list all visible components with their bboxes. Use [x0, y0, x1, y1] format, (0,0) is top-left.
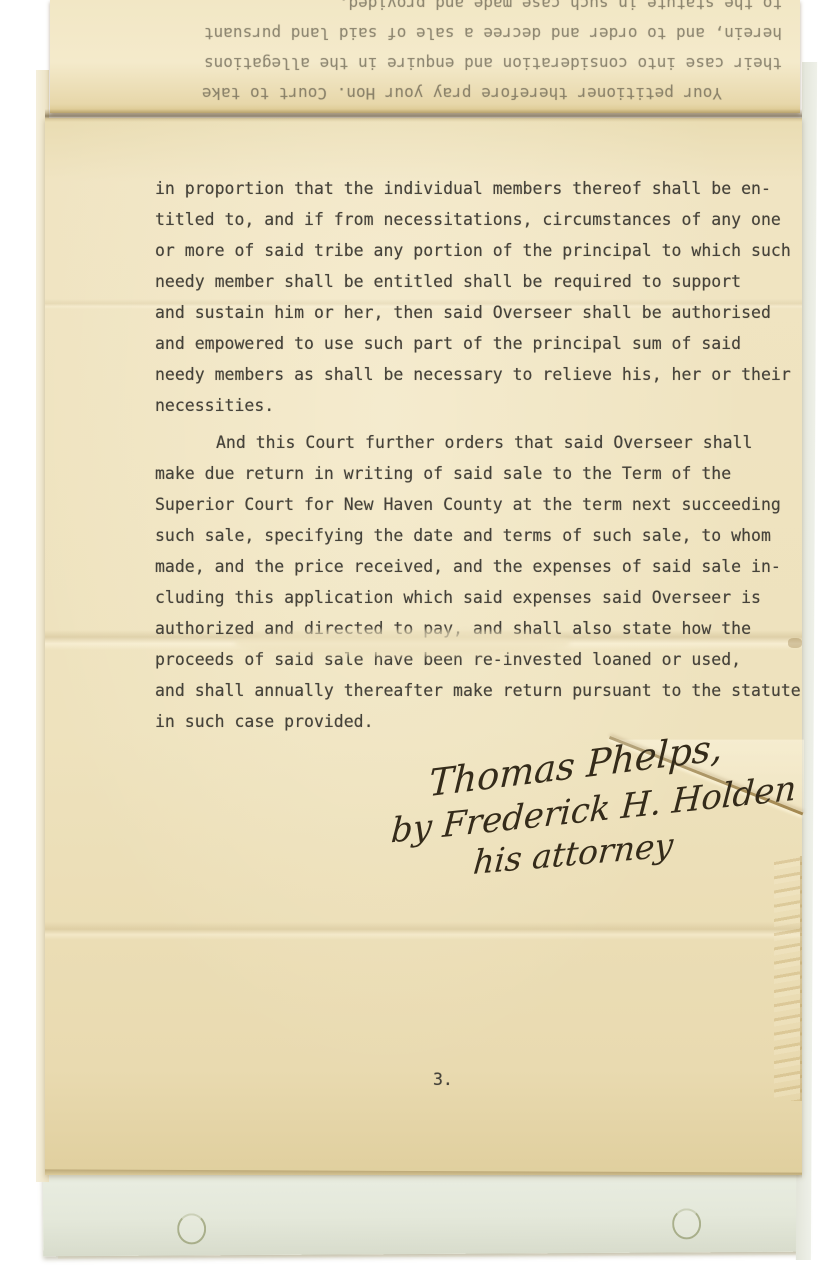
paragraph: in proportion that the individual member… [155, 173, 820, 421]
typed-line: made, and the price received, and the ex… [155, 551, 820, 582]
page-number: 3. [433, 1070, 453, 1089]
typed-line: And this Court further orders that said … [155, 427, 820, 458]
previous-page-overleaf: Your petitioner therefore pray your Hon.… [50, 0, 800, 113]
typed-line: or more of said tribe any portion of the… [155, 235, 820, 266]
document-page: in proportion that the individual member… [45, 118, 802, 1175]
fold-crease [45, 922, 802, 940]
typed-line: in proportion that the individual member… [155, 173, 820, 204]
page-fold-edge [45, 109, 802, 122]
overleaf-line: herein, and to order and decree a sale o… [82, 18, 782, 48]
scanned-document-photo: in proportion that the individual member… [0, 0, 836, 1288]
overleaf-text-upside-down: Your petitioner therefore pray your Hon.… [82, 0, 782, 108]
typed-line: necessities. [155, 390, 820, 421]
typed-line: such sale, specifying the date and terms… [155, 520, 820, 551]
overleaf-line: to the statute in such case made and pro… [82, 0, 782, 18]
overleaf-line: their case into consideration and enquir… [82, 48, 782, 78]
typed-line: and empowered to use such part of the pr… [155, 328, 820, 359]
typed-line: needy members as shall be necessary to r… [155, 359, 820, 390]
typed-line: cluding this application which said expe… [155, 582, 820, 613]
crease-text-fade [235, 630, 570, 656]
paragraph: And this Court further orders that said … [155, 427, 820, 737]
overleaf-line: Your petitioner therefore pray your Hon.… [82, 78, 782, 108]
torn-edge-texture [774, 856, 802, 1101]
typed-line: titled to, and if from necessitations, c… [155, 204, 820, 235]
hole-punch-mark [177, 1213, 206, 1244]
typed-line: and sustain him or her, then said Overse… [155, 297, 820, 328]
typed-line: and shall annually thereafter make retur… [155, 675, 820, 706]
typed-line: needy member shall be entitled shall be … [155, 266, 820, 297]
typed-line: make due return in writing of said sale … [155, 458, 820, 489]
hole-punch-mark [672, 1208, 701, 1239]
typed-line: Superior Court for New Haven County at t… [155, 489, 820, 520]
